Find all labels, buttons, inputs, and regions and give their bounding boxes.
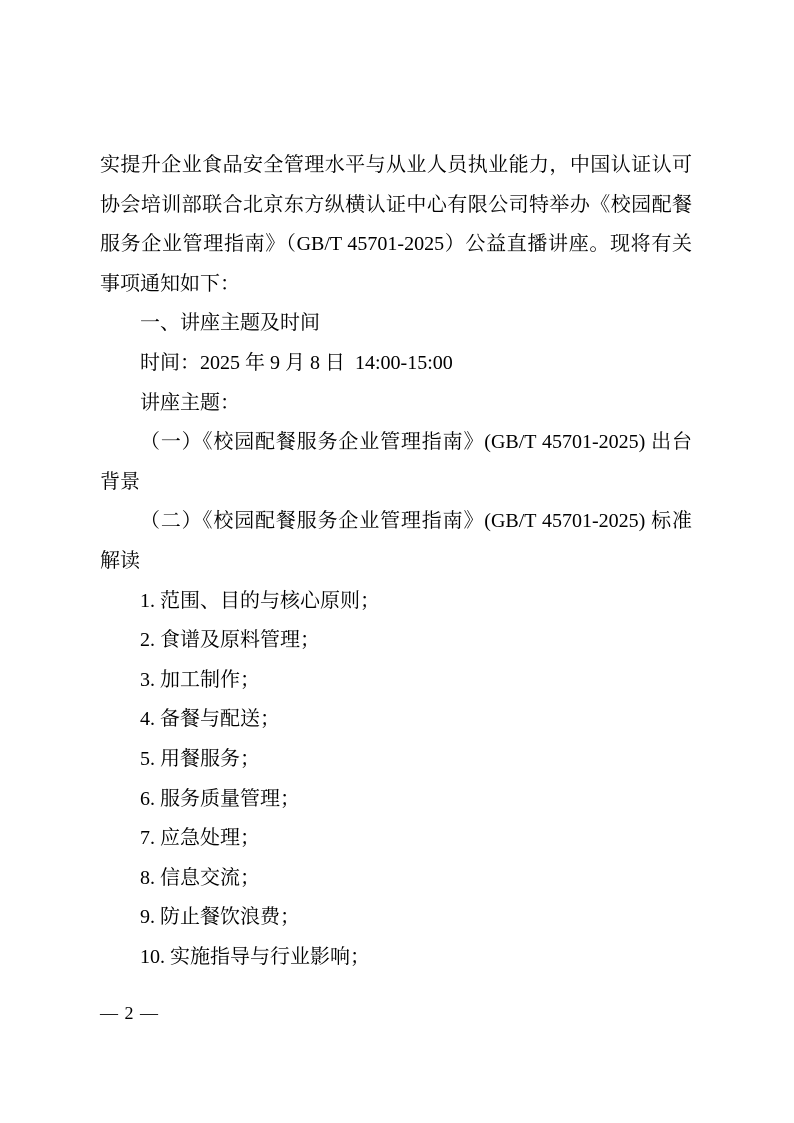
agenda-item-9: 9. 防止餐饮浪费； — [100, 898, 692, 938]
agenda-item-10: 10. 实施指导与行业影响； — [100, 938, 692, 978]
agenda-item-4: 4. 备餐与配送； — [100, 700, 692, 740]
agenda-item-7: 7. 应急处理； — [100, 819, 692, 859]
section-heading-lecture-topic-and-time: 一、讲座主题及时间 — [100, 304, 692, 344]
agenda-item-3: 3. 加工制作； — [100, 661, 692, 701]
document-page: 实提升企业食品安全管理水平与从业人员执业能力，中国认证认可协会培训部联合北京东方… — [0, 0, 794, 1123]
lecture-topics-label: 讲座主题： — [100, 384, 692, 424]
agenda-item-5: 5. 用餐服务； — [100, 740, 692, 780]
agenda-item-2: 2. 食谱及原料管理； — [100, 621, 692, 661]
lecture-topic-1: （一）《校园配餐服务企业管理指南》(GB/T 45701-2025) 出台背景 — [100, 423, 692, 502]
document-body: 实提升企业食品安全管理水平与从业人员执业能力，中国认证认可协会培训部联合北京东方… — [100, 146, 692, 977]
agenda-item-8: 8. 信息交流； — [100, 859, 692, 899]
lecture-topic-2: （二）《校园配餐服务企业管理指南》(GB/T 45701-2025) 标准解读 — [100, 502, 692, 581]
agenda-item-6: 6. 服务质量管理； — [100, 780, 692, 820]
page-number: — 2 — — [100, 1000, 159, 1026]
lecture-time-line: 时间：2025 年 9 月 8 日 14:00-15:00 — [100, 344, 692, 384]
opening-paragraph: 实提升企业食品安全管理水平与从业人员执业能力，中国认证认可协会培训部联合北京东方… — [100, 146, 692, 304]
agenda-item-1: 1. 范围、目的与核心原则； — [100, 582, 692, 622]
